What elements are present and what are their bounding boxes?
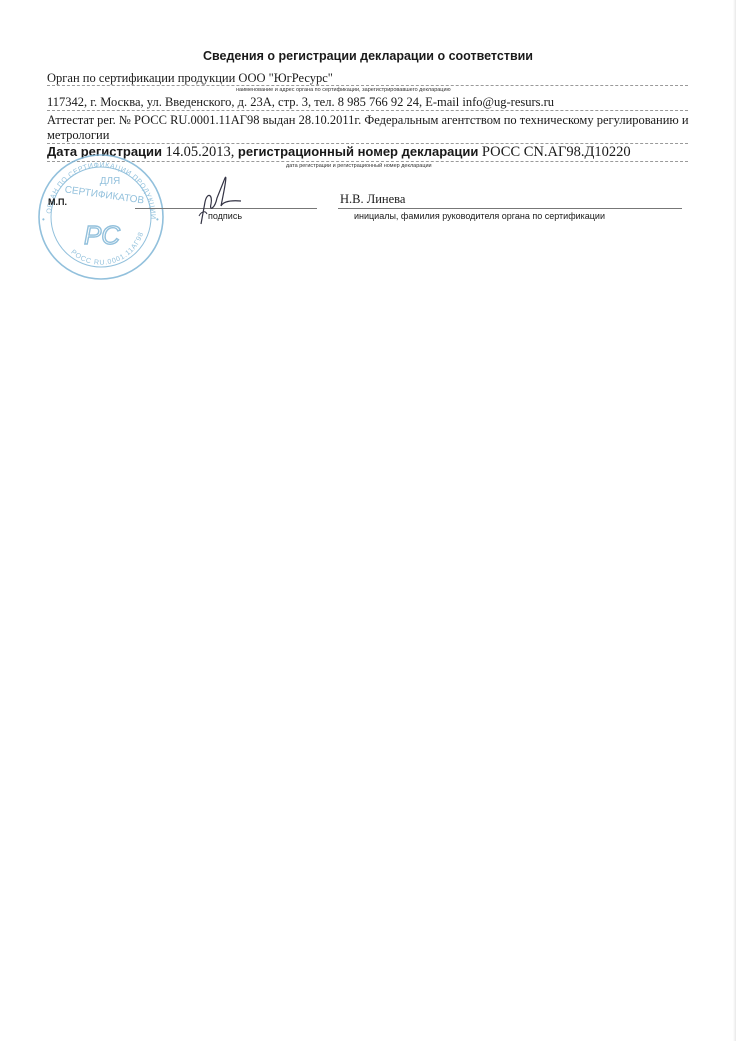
svg-text:ДЛЯ: ДЛЯ <box>100 176 121 187</box>
registration-number-label: регистрационный номер декларации <box>238 144 478 159</box>
svg-text:•: • <box>42 215 45 224</box>
document-title: Сведения о регистрации декларации о соот… <box>0 49 736 63</box>
certification-body-caption: наименование и адрес органа по сертифика… <box>236 87 451 93</box>
svg-text:ОРГАН ПО СЕРТИФИКАЦИИ ПРОДУКЦИ: ОРГАН ПО СЕРТИФИКАЦИИ ПРОДУКЦИИ ЮГРЕСУРС <box>34 152 156 220</box>
accreditation-line-2: метрологии <box>47 128 109 143</box>
svg-text:РС: РС <box>84 220 120 250</box>
dashed-rule <box>47 110 688 111</box>
signature-caption: подпись <box>208 211 242 221</box>
registration-date-value: 14.05.2013, <box>166 144 235 160</box>
mp-label: М.П. <box>48 197 67 207</box>
svg-text:•: • <box>156 215 159 224</box>
certification-body-address: 117342, г. Москва, ул. Введенского, д. 2… <box>47 95 554 110</box>
certification-stamp-icon: ОРГАН ПО СЕРТИФИКАЦИИ ПРОДУКЦИИ ЮГРЕСУРС… <box>34 152 168 282</box>
registration-number-value: РОСС CN.АГ98.Д10220 <box>482 144 631 160</box>
head-name-line <box>338 208 682 209</box>
accreditation-line-1: Аттестат рег. № РОСС RU.0001.11АГ98 выда… <box>47 113 689 128</box>
certification-body-line: Орган по сертификации продукции ООО "ЮгР… <box>47 71 333 86</box>
registration-caption: дата регистрации и регистрационный номер… <box>286 163 432 169</box>
head-caption: инициалы, фамилия руководителя органа по… <box>354 211 605 221</box>
svg-text:СЕРТИФИКАТОВ: СЕРТИФИКАТОВ <box>64 185 145 207</box>
dashed-rule <box>47 85 688 86</box>
head-name: Н.В. Линева <box>340 192 405 207</box>
